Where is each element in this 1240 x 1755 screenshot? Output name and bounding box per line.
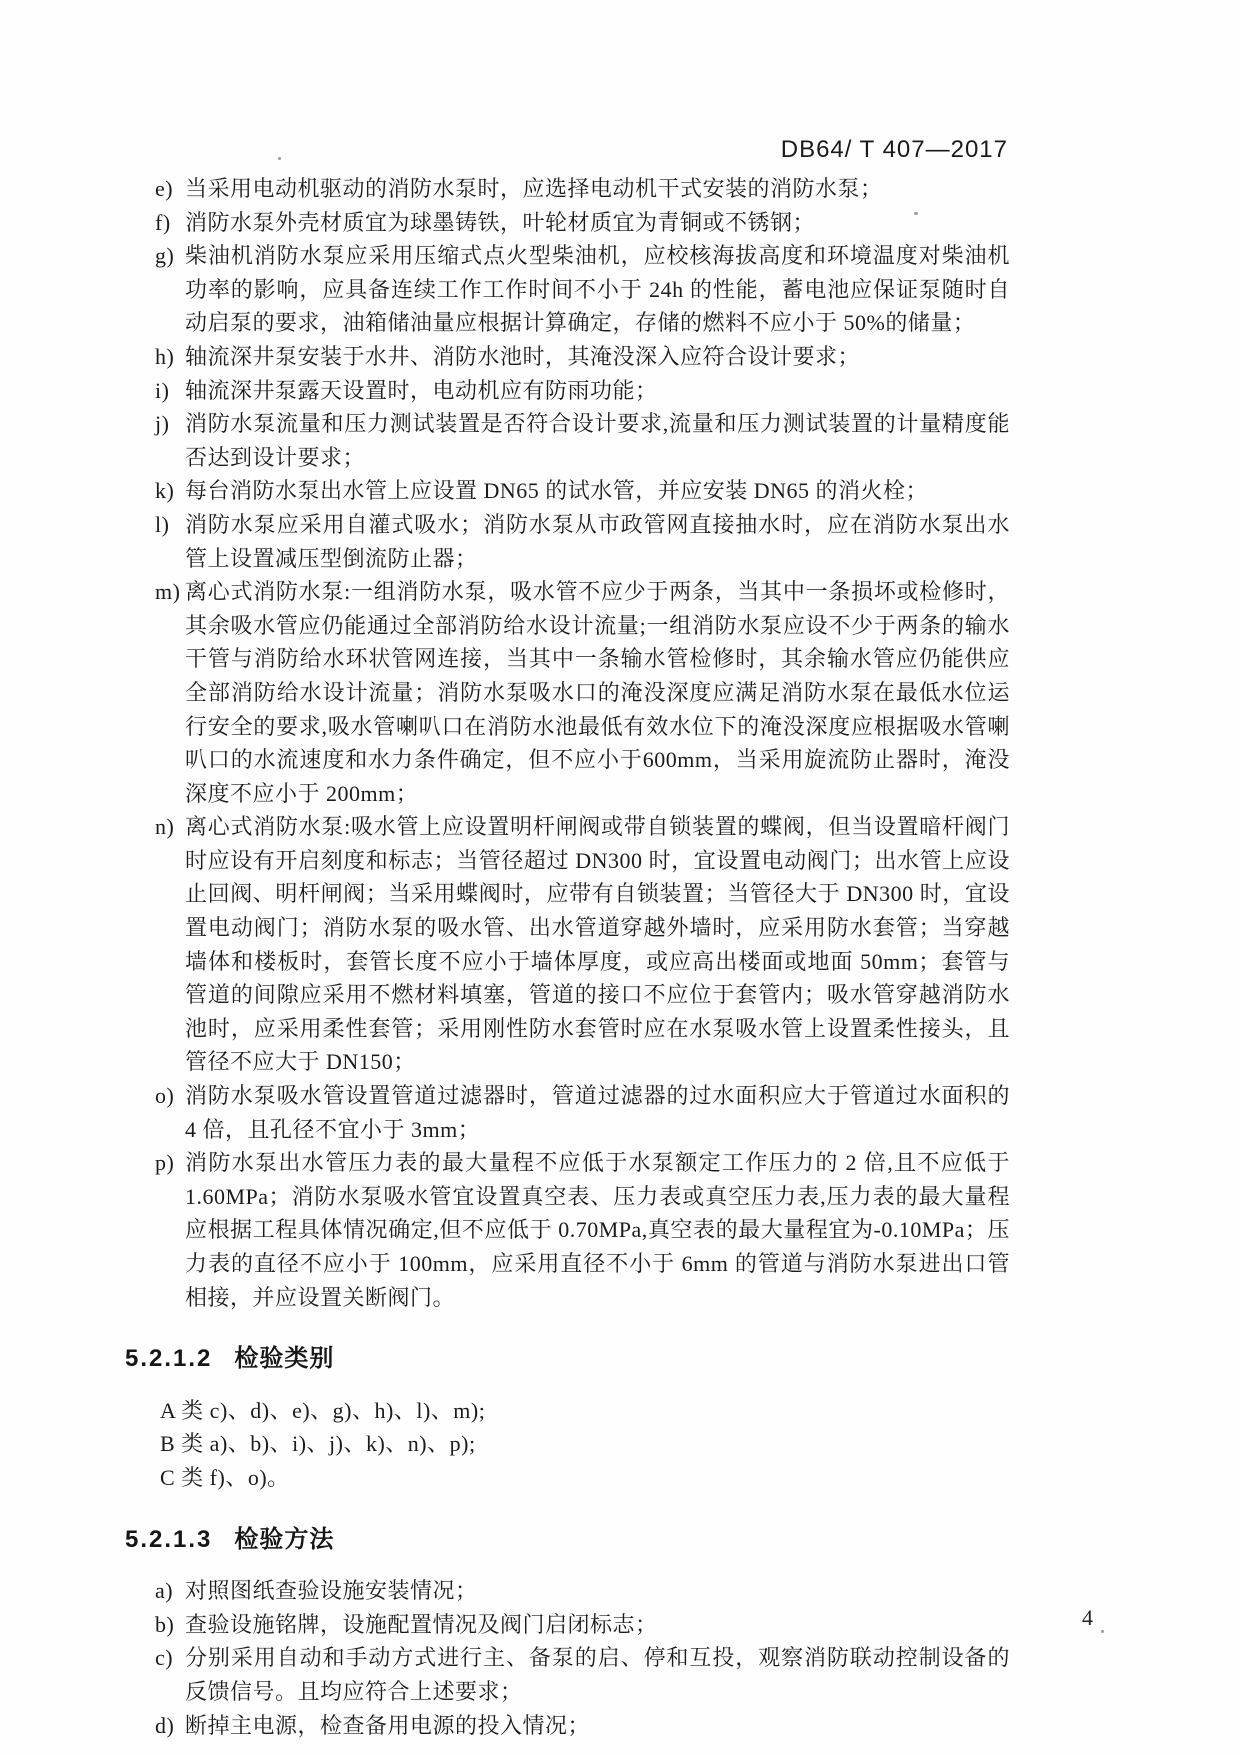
method-item-c: c) 分别采用自动和手动方式进行主、备泵的启、停和互投，观察消防联动控制设备的反… [125, 1641, 1010, 1708]
scan-artifact-dot [278, 157, 281, 160]
list-item-text: 每台消防水泵出水管上应设置 DN65 的试水管，并应安装 DN65 的消火栓； [185, 474, 1010, 508]
list-item-label: m) [155, 575, 185, 609]
list-item-label: k) [155, 474, 185, 508]
list-item-j: j) 消防水泵流量和压力测试装置是否符合设计要求,流量和压力测试装置的计量精度能… [125, 407, 1010, 474]
list-item-i: i) 轴流深井泵露天设置时，电动机应有防雨功能； [125, 374, 1010, 408]
list-item-label: p) [155, 1146, 185, 1180]
list-item-label: f) [155, 206, 185, 240]
method-list: a) 对照图纸查验设施安装情况； b) 查验设施铭牌，设施配置情况及阀门启闭标志… [125, 1574, 1010, 1742]
section-title: 检验类别 [234, 1345, 334, 1372]
list-item-o: o) 消防水泵吸水管设置管道过滤器时，管道过滤器的过水面积应大于管道过水面积的 … [125, 1079, 1010, 1146]
list-item-p: p) 消防水泵出水管压力表的最大量程不应低于水泵额定工作压力的 2 倍,且不应低… [125, 1146, 1010, 1314]
list-item-label: e) [155, 172, 185, 206]
standard-code-header: DB64/ T 407—2017 [0, 136, 1008, 164]
category-line-b: B 类 a)、b)、i)、j)、k)、n)、p); [160, 1427, 1010, 1461]
list-item-text: 轴流深井泵安装于水井、消防水池时，其淹没深入应符合设计要求； [185, 340, 1010, 374]
list-item-text: 消防水泵流量和压力测试装置是否符合设计要求,流量和压力测试装置的计量精度能否达到… [185, 407, 1010, 474]
list-item-k: k) 每台消防水泵出水管上应设置 DN65 的试水管，并应安装 DN65 的消火… [125, 474, 1010, 508]
list-item-f: f) 消防水泵外壳材质宜为球墨铸铁，叶轮材质宜为青铜或不锈钢； [125, 206, 1010, 240]
list-item-label: j) [155, 407, 185, 441]
list-item-text: 消防水泵吸水管设置管道过滤器时，管道过滤器的过水面积应大于管道过水面积的 4 倍… [185, 1079, 1010, 1146]
page-content: e) 当采用电动机驱动的消防水泵时，应选择电动机干式安装的消防水泵； f) 消防… [125, 172, 1010, 1742]
section-title: 检验方法 [234, 1526, 334, 1553]
list-item-label: h) [155, 340, 185, 374]
category-line-a: A 类 c)、d)、e)、g)、h)、l)、m); [160, 1394, 1010, 1428]
list-item-text: 柴油机消防水泵应采用压缩式点火型柴油机，应校核海拔高度和环境温度对柴油机功率的影… [185, 239, 1010, 340]
list-item-text: 离心式消防水泵:吸水管上应设置明杆闸阀或带自锁装置的蝶阀，但当设置暗杆阀门时应设… [185, 810, 1010, 1079]
document-page: DB64/ T 407—2017 e) 当采用电动机驱动的消防水泵时，应选择电动… [0, 0, 1240, 1755]
list-item-h: h) 轴流深井泵安装于水井、消防水池时，其淹没深入应符合设计要求； [125, 340, 1010, 374]
list-item-label: i) [155, 374, 185, 408]
requirements-list: e) 当采用电动机驱动的消防水泵时，应选择电动机干式安装的消防水泵； f) 消防… [125, 172, 1010, 1314]
list-item-e: e) 当采用电动机驱动的消防水泵时，应选择电动机干式安装的消防水泵； [125, 172, 1010, 206]
category-line-c: C 类 f)、o)。 [160, 1461, 1010, 1495]
list-item-text: 对照图纸查验设施安装情况； [185, 1574, 1010, 1608]
list-item-label: b) [155, 1608, 185, 1642]
list-item-label: n) [155, 810, 185, 844]
list-item-label: l) [155, 508, 185, 542]
list-item-text: 轴流深井泵露天设置时，电动机应有防雨功能； [185, 374, 1010, 408]
section-number: 5.2.1.3 [125, 1526, 212, 1553]
list-item-text: 查验设施铭牌，设施配置情况及阀门启闭标志； [185, 1608, 1010, 1642]
method-item-a: a) 对照图纸查验设施安装情况； [125, 1574, 1010, 1608]
list-item-text: 消防水泵外壳材质宜为球墨铸铁，叶轮材质宜为青铜或不锈钢； [185, 206, 1010, 240]
list-item-text: 断掉主电源，检查备用电源的投入情况； [185, 1709, 1010, 1743]
list-item-label: a) [155, 1574, 185, 1608]
section-heading-inspection-category: 5.2.1.2检验类别 [125, 1342, 1010, 1376]
page-number: 4 [1082, 1605, 1093, 1631]
list-item-text: 离心式消防水泵:一组消防水泵，吸水管不应少于两条，当其中一条损坏或检修时，其余吸… [185, 575, 1010, 810]
list-item-label: o) [155, 1079, 185, 1113]
list-item-text: 消防水泵出水管压力表的最大量程不应低于水泵额定工作压力的 2 倍,且不应低于 1… [185, 1146, 1010, 1314]
method-item-d: d) 断掉主电源，检查备用电源的投入情况； [125, 1709, 1010, 1743]
list-item-n: n) 离心式消防水泵:吸水管上应设置明杆闸阀或带自锁装置的蝶阀，但当设置暗杆阀门… [125, 810, 1010, 1079]
list-item-m: m) 离心式消防水泵:一组消防水泵，吸水管不应少于两条，当其中一条损坏或检修时，… [125, 575, 1010, 810]
method-item-b: b) 查验设施铭牌，设施配置情况及阀门启闭标志； [125, 1608, 1010, 1642]
category-lines: A 类 c)、d)、e)、g)、h)、l)、m); B 类 a)、b)、i)、j… [160, 1394, 1010, 1495]
list-item-g: g) 柴油机消防水泵应采用压缩式点火型柴油机，应校核海拔高度和环境温度对柴油机功… [125, 239, 1010, 340]
list-item-l: l) 消防水泵应采用自灌式吸水；消防水泵从市政管网直接抽水时，应在消防水泵出水管… [125, 508, 1010, 575]
list-item-text: 分别采用自动和手动方式进行主、备泵的启、停和互投，观察消防联动控制设备的反馈信号… [185, 1641, 1010, 1708]
list-item-label: g) [155, 239, 185, 273]
section-heading-inspection-method: 5.2.1.3检验方法 [125, 1523, 1010, 1557]
scan-artifact-dot [1101, 1630, 1104, 1633]
section-number: 5.2.1.2 [125, 1345, 212, 1372]
list-item-label: d) [155, 1709, 185, 1743]
list-item-text: 当采用电动机驱动的消防水泵时，应选择电动机干式安装的消防水泵； [185, 172, 1010, 206]
list-item-text: 消防水泵应采用自灌式吸水；消防水泵从市政管网直接抽水时，应在消防水泵出水管上设置… [185, 508, 1010, 575]
list-item-label: c) [155, 1641, 185, 1675]
